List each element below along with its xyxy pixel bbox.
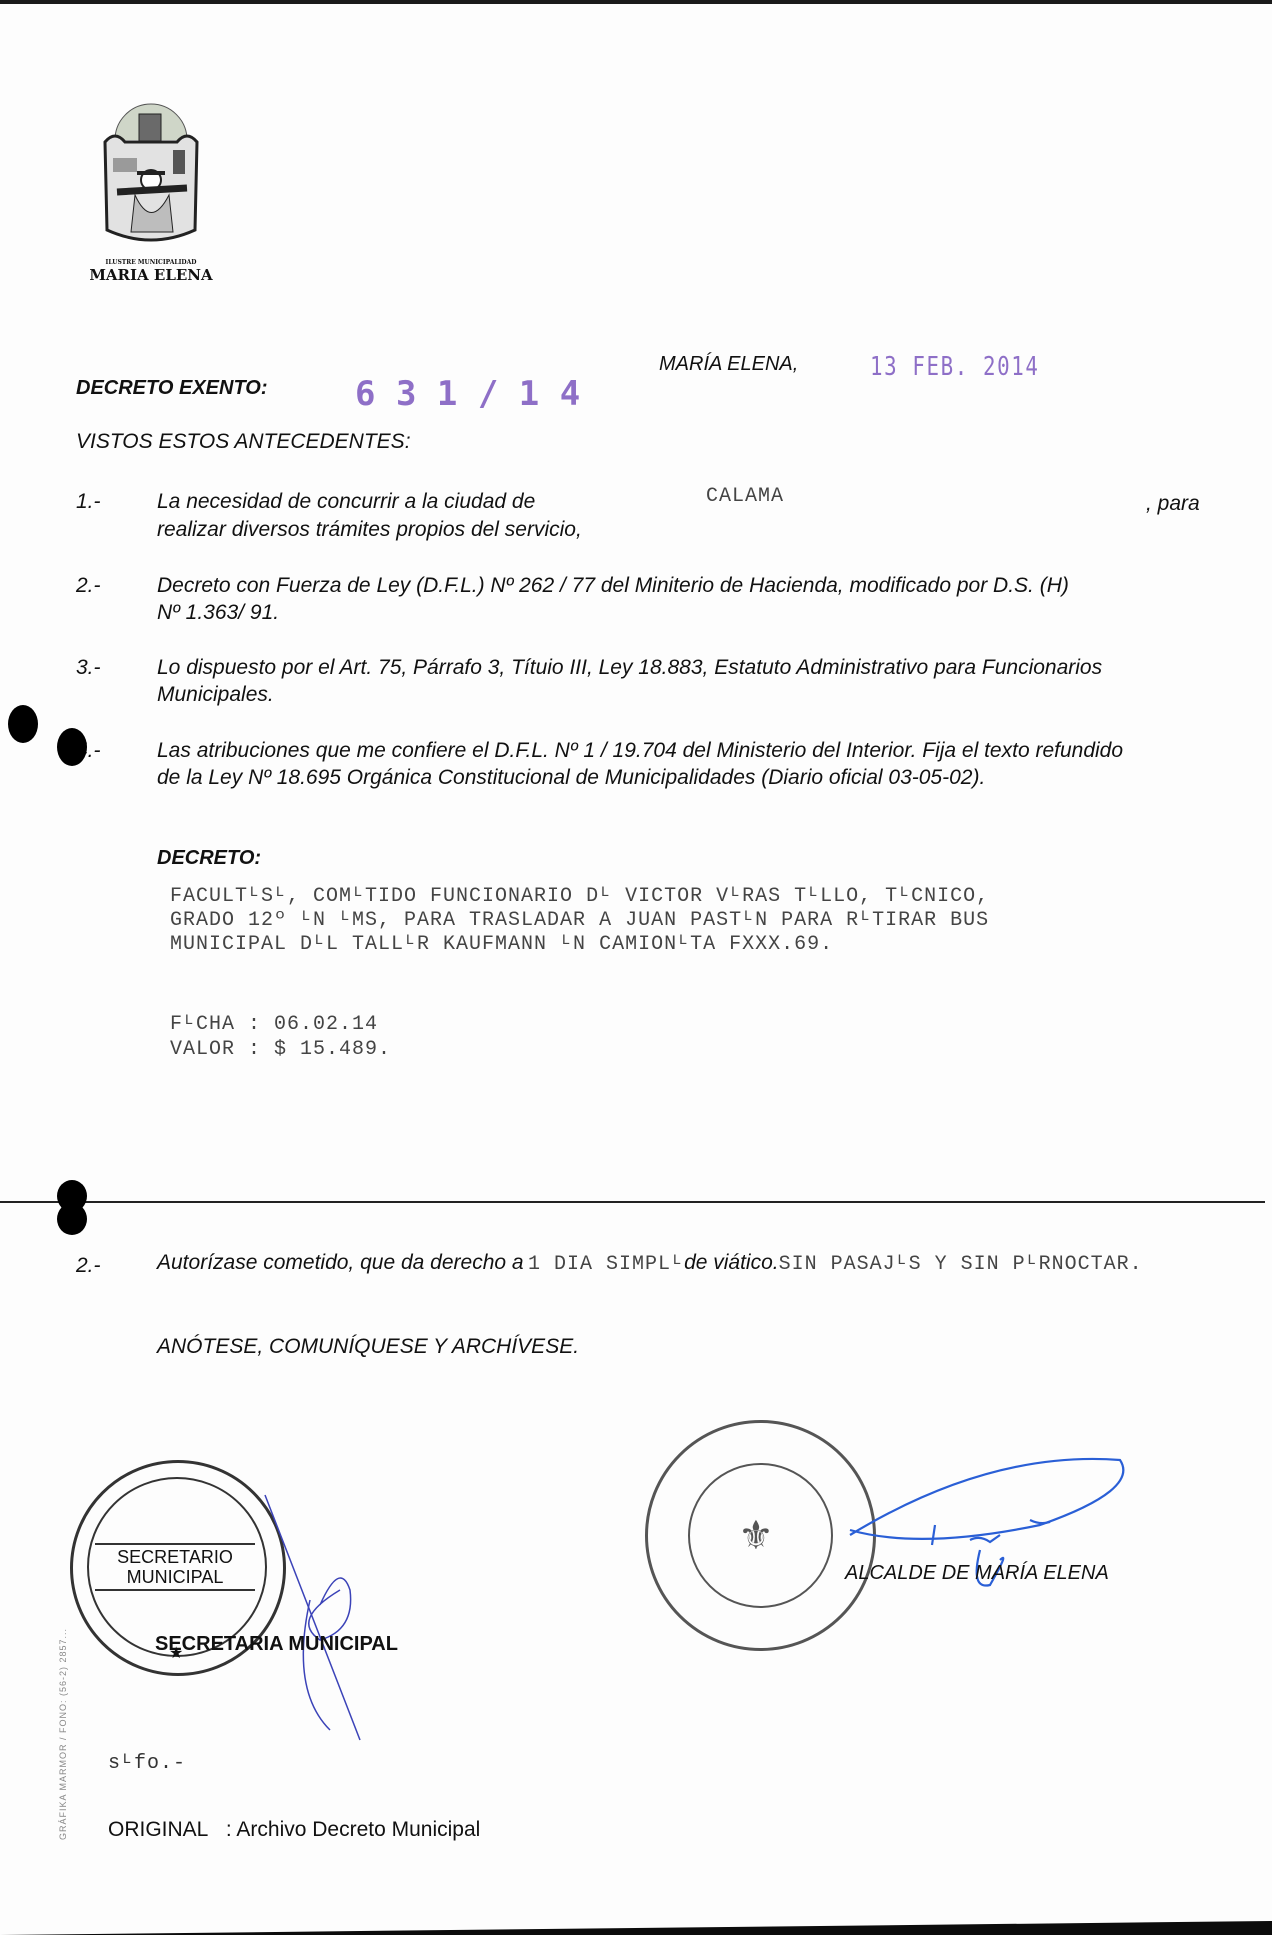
seal-center-2: MUNICIPAL (95, 1567, 255, 1587)
item-text: Decreto con Fuerza de Ley (D.F.L.) Nº 26… (157, 572, 1069, 599)
clause-text-a: Autorízase cometido, que da derecho a (157, 1251, 524, 1274)
destination-city: CALAMA (706, 485, 784, 508)
secretary-signature (260, 1490, 380, 1750)
valor-label: VALOR : (170, 1038, 261, 1061)
item-text: realizar diversos trámites propios del s… (157, 516, 582, 543)
date-stamp: 13 FEB. 2014 (870, 352, 1039, 382)
scan-bottom-edge (0, 1921, 1272, 1935)
seal-center-1: SECRETARIO (95, 1547, 255, 1567)
distribution-value: : Archivo Decreto Municipal (226, 1818, 480, 1841)
item-number: 1.- (76, 488, 136, 515)
clause-text-b: de viático. (684, 1251, 779, 1274)
distribution-label: ORIGINAL (108, 1818, 208, 1841)
fecha-value: 06.02.14 (274, 1013, 378, 1036)
item-text: , para (1146, 490, 1200, 517)
initials: sᴸfo.- (108, 1752, 186, 1775)
clause-typed-a: 1 DIA SIMPLᴸ (528, 1253, 684, 1276)
place-label: MARÍA ELENA, (659, 351, 798, 378)
chile-coat-of-arms-icon: ⚜ (738, 1513, 774, 1559)
decree-label: DECRETO EXENTO: (76, 375, 268, 402)
vistos-heading: VISTOS ESTOS ANTECEDENTES: (76, 428, 411, 455)
punch-hole (57, 728, 87, 766)
item-text: La necesidad de concurrir a la ciudad de (157, 488, 535, 515)
item-number: 3.- (76, 654, 136, 681)
coat-of-arms-icon (95, 100, 207, 250)
decreto-details: FᴸCHA : 06.02.14 VALOR : $ 15.489. (170, 1012, 391, 1062)
clause-text: Autorízase cometido, que da derecho a 1 … (157, 1249, 1143, 1276)
distribution: ORIGINAL : Archivo Decreto Municipal (108, 1818, 480, 1842)
item-text: Lo dispuesto por el Art. 75, Párrafo 3, … (157, 654, 1102, 681)
divider-rule (0, 1201, 1265, 1203)
item-text: Municipales. (157, 681, 274, 708)
closing-formula: ANÓTESE, COMUNÍQUESE Y ARCHÍVESE. (157, 1333, 579, 1360)
item-text: de la Ley Nº 18.695 Orgánica Constitucio… (157, 764, 985, 791)
decree-number-stamp: 6 3 1 / 1 4 (355, 374, 580, 414)
logo-caption-large: MARIA ELENA (85, 266, 217, 284)
mayor-title: ALCALDE DE MARÍA ELENA (845, 1560, 1109, 1587)
scan-top-edge (0, 0, 1272, 4)
fecha-label: FᴸCHA : (170, 1013, 261, 1036)
decreto-body: FACULTᴸSᴸ, COMᴸTIDO FUNCIONARIO Dᴸ VICTO… (170, 885, 989, 957)
decreto-line: FACULTᴸSᴸ, COMᴸTIDO FUNCIONARIO Dᴸ VICTO… (170, 885, 989, 909)
valor-value: $ 15.489. (274, 1038, 391, 1061)
printer-margin-note: GRÁFIKA MARMOR / FONO: (56-2) 2857... (58, 1628, 68, 1840)
decreto-line: GRADO 12º ᴸN ᴸMS, PARA TRASLADAR A JUAN … (170, 909, 989, 933)
secretary-title: SECRETARIA MUNICIPAL (155, 1633, 398, 1656)
clause-typed-b: SIN PASAJᴸS Y SIN PᴸRNOCTAR. (779, 1253, 1143, 1276)
decreto-line: MUNICIPAL DᴸL TALLᴸR KAUFMANN ᴸN CAMIONᴸ… (170, 933, 989, 957)
clause-number: 2.- (76, 1252, 136, 1279)
decreto-heading: DECRETO: (157, 845, 261, 872)
logo-caption-small: ILUSTRE MUNICIPALIDAD (95, 259, 207, 266)
item-text: Las atribuciones que me confiere el D.F.… (157, 737, 1123, 764)
punch-hole (57, 1203, 87, 1235)
item-number: 2.- (76, 572, 136, 599)
item-text: Nº 1.363/ 91. (157, 599, 279, 626)
punch-hole (8, 705, 38, 743)
municipal-logo: ILUSTRE MUNICIPALIDAD MARIA ELENA (95, 100, 207, 286)
